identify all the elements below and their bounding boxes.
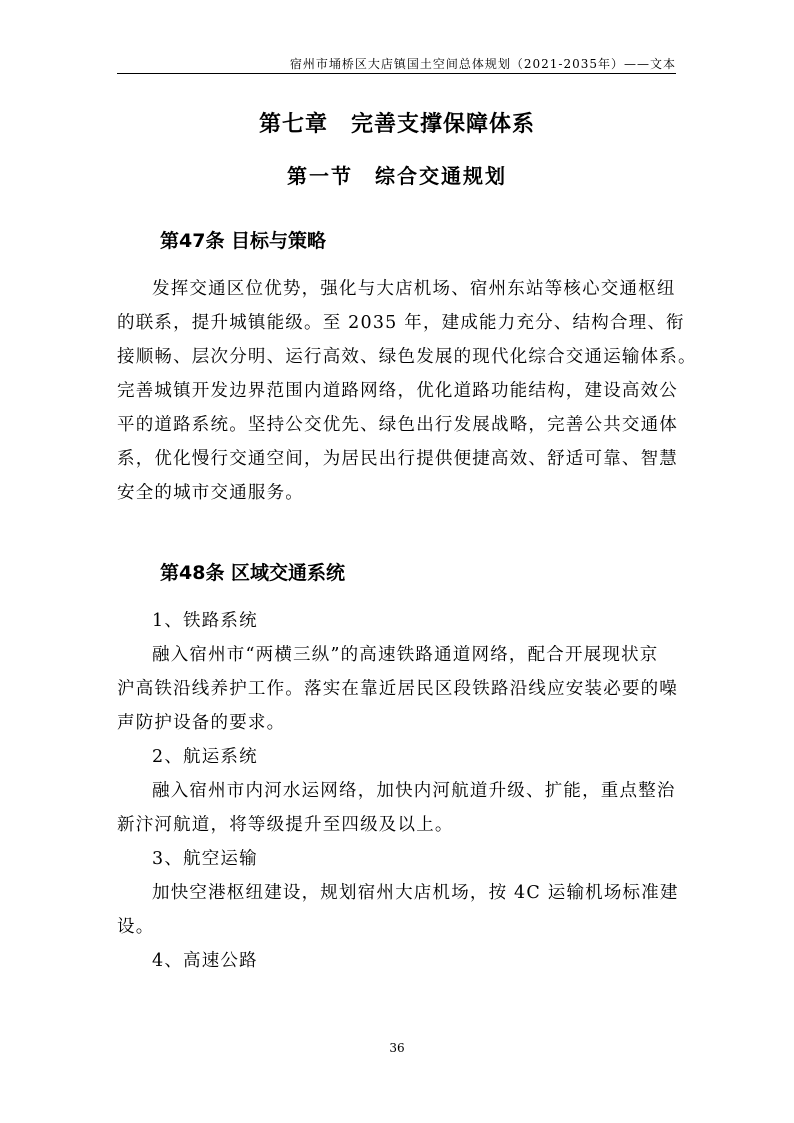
paragraph-line: 融入宿州市“两横三纵”的高速铁路通道网络，配合开展现状京	[117, 638, 677, 672]
paragraph-line: 沪高铁沿线养护工作。落实在靠近居民区段铁路沿线应安装必要的噪	[117, 672, 677, 706]
chapter-title: 第七章 完善支撑保障体系	[0, 107, 794, 138]
paragraph-line: 发挥交通区位优势，强化与大店机场、宿州东站等核心交通枢纽	[117, 272, 677, 306]
paragraph-line: 声防护设备的要求。	[117, 706, 677, 740]
item-heading-expressway: 4、高速公路	[117, 944, 677, 978]
section-title: 第一节 综合交通规划	[0, 160, 794, 189]
item-heading-shipping: 2、航运系统	[117, 740, 677, 774]
page-number: 36	[0, 1041, 794, 1055]
paragraph-line: 融入宿州市内河水运网络，加快内河航道升级、扩能，重点整治	[117, 774, 677, 808]
paragraph-line: 加快空港枢纽建设，规划宿州大店机场，按 4C 运输机场标准建	[117, 876, 677, 910]
article-47-body: 发挥交通区位优势，强化与大店机场、宿州东站等核心交通枢纽 的联系，提升城镇能级。…	[117, 272, 677, 510]
paragraph-line: 完善城镇开发边界范围内道路网络，优化道路功能结构，建设高效公	[117, 374, 677, 408]
item-heading-railway: 1、铁路系统	[117, 604, 677, 638]
paragraph-line: 的联系，提升城镇能级。至 2035 年，建成能力充分、结构合理、衔	[117, 306, 677, 340]
paragraph-line: 平的道路系统。坚持公交优先、绿色出行发展战略，完善公共交通体	[117, 408, 677, 442]
paragraph-line: 设。	[117, 910, 677, 944]
paragraph-line: 接顺畅、层次分明、运行高效、绿色发展的现代化综合交通运输体系。	[117, 340, 677, 374]
header-divider	[117, 73, 676, 74]
item-heading-aviation: 3、航空运输	[117, 842, 677, 876]
paragraph-line: 系，优化慢行交通空间，为居民出行提供便捷高效、舒适可靠、智慧	[117, 442, 677, 476]
article-47-title: 第47条 目标与策略	[160, 226, 326, 253]
paragraph-line: 安全的城市交通服务。	[117, 476, 677, 510]
running-header: 宿州市埇桥区大店镇国土空间总体规划（2021-2035年）——文本	[290, 55, 676, 72]
article-48-title: 第48条 区域交通系统	[160, 558, 345, 585]
article-48-body: 1、铁路系统 融入宿州市“两横三纵”的高速铁路通道网络，配合开展现状京 沪高铁沿…	[117, 604, 677, 978]
document-page: 宿州市埇桥区大店镇国土空间总体规划（2021-2035年）——文本 第七章 完善…	[0, 0, 794, 1123]
paragraph-line: 新汴河航道，将等级提升至四级及以上。	[117, 808, 677, 842]
